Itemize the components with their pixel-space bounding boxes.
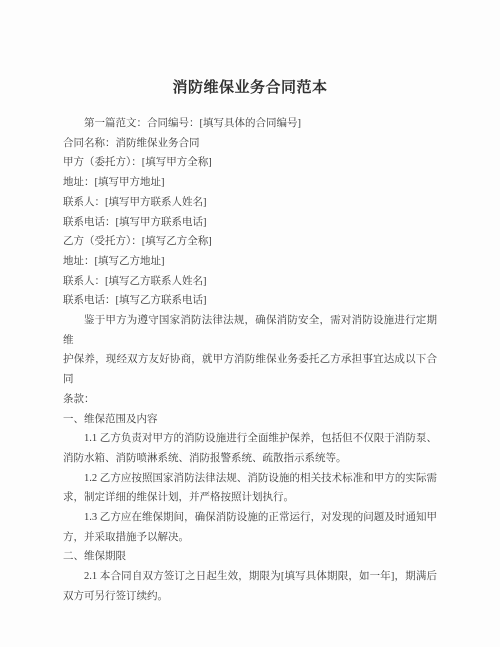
document-line: 求，制定详细的维保计划，并严格按照计划执行。 <box>63 488 437 508</box>
document-line: 1.2 乙方应按照国家消防法律法规、消防设施的相关技术标准和甲方的实际需 <box>63 469 437 489</box>
document-line: 鉴于甲方为遵守国家消防法律法规，确保消防安全，需对消防设施进行定期维 <box>63 311 437 350</box>
document-line: 一、维保范围及内容 <box>63 410 437 430</box>
document-line: 方，并采取措施予以解决。 <box>63 528 437 548</box>
document-line: 联系人：[填写乙方联系人姓名] <box>63 272 437 292</box>
document-line: 乙方（受托方）：[填写乙方全称] <box>63 232 437 252</box>
document-line: 地址：[填写甲方地址] <box>63 173 437 193</box>
document-line: 联系电话：[填写乙方联系电话] <box>63 291 437 311</box>
document-line: 第一篇范文：合同编号：[填写具体的合同编号] <box>63 114 437 134</box>
document-line: 联系电话：[填写甲方联系电话] <box>63 213 437 233</box>
document-line: 二、维保期限 <box>63 547 437 567</box>
document-body: 第一篇范文：合同编号：[填写具体的合同编号]合同名称：消防维保业务合同甲方（委托… <box>63 114 437 607</box>
document-line: 1.3 乙方应在维保期间，确保消防设施的正常运行，对发现的问题及时通知甲 <box>63 508 437 528</box>
document-line: 地址：[填写乙方地址] <box>63 252 437 272</box>
document-line: 护保养，现经双方友好协商，就甲方消防维保业务委托乙方承担事宜达成以下合同 <box>63 350 437 389</box>
document-line: 1.1 乙方负责对甲方的消防设施进行全面维护保养，包括但不仅限于消防泵、 <box>63 429 437 449</box>
document-title: 消防维保业务合同范本 <box>0 80 500 97</box>
document-line: 2.1 本合同自双方签订之日起生效，期限为[填写具体期限，如一年]，期满后 <box>63 567 437 587</box>
document-line: 联系人：[填写甲方联系人姓名] <box>63 193 437 213</box>
document-line: 消防水箱、消防喷淋系统、消防报警系统、疏散指示系统等。 <box>63 449 437 469</box>
document-line: 甲方（委托方）：[填写甲方全称] <box>63 153 437 173</box>
document-line: 合同名称：消防维保业务合同 <box>63 134 437 154</box>
document-page: 消防维保业务合同范本 第一篇范文：合同编号：[填写具体的合同编号]合同名称：消防… <box>0 0 500 647</box>
document-line: 条款： <box>63 390 437 410</box>
document-line: 双方可另行签订续约。 <box>63 587 437 607</box>
